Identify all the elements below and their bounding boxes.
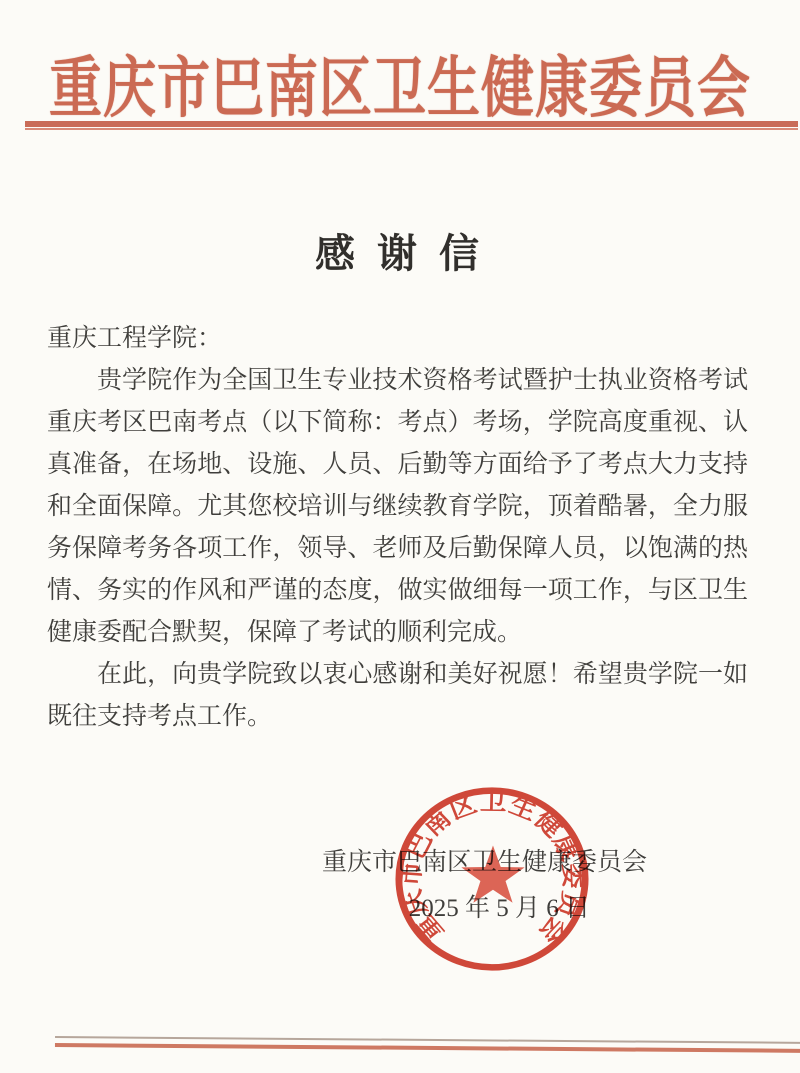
- letterhead-title: 重庆市巴南区卫生健康委员会: [0, 36, 800, 130]
- footer-rule-thick: [55, 1043, 800, 1053]
- header-rule-thick: [25, 121, 798, 127]
- letter-page: 重庆市巴南区卫生健康委员会 感 谢 信 重庆工程学院： 贵学院作为全国卫生专业技…: [0, 0, 800, 1073]
- footer-rule-thin: [55, 1036, 800, 1044]
- official-seal: 重庆市巴南区卫生健康委员会: [394, 786, 590, 972]
- paragraph-1: 贵学院作为全国卫生专业技术资格考试暨护士执业资格考试重庆考区巴南考点（以下简称：…: [47, 360, 748, 654]
- letter-body: 重庆工程学院： 贵学院作为全国卫生专业技术资格考试暨护士执业资格考试重庆考区巴南…: [47, 318, 748, 738]
- document-title: 感 谢 信: [0, 222, 800, 279]
- paragraph-2: 在此，向贵学院致以衷心感谢和美好祝愿！希望贵学院一如既往支持考点工作。: [47, 654, 748, 738]
- footer-rule: [55, 1036, 800, 1053]
- salutation: 重庆工程学院：: [47, 318, 748, 360]
- header-rule: [25, 121, 798, 130]
- star-icon: [461, 846, 524, 903]
- header-rule-thin: [25, 128, 798, 130]
